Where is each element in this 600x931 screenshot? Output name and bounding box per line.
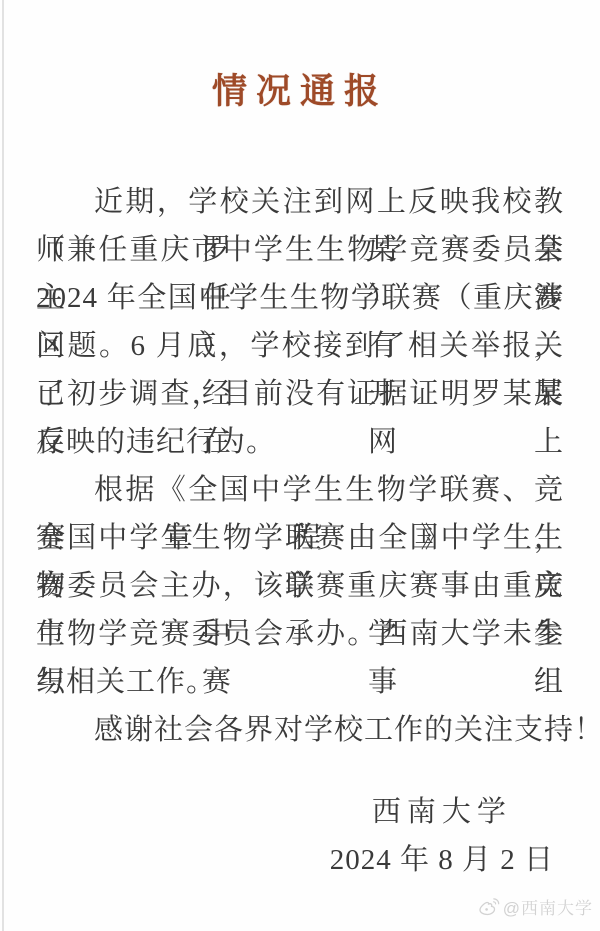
- body-line: 赛委员会主办，该联赛重庆赛事由重庆市中学生: [36, 562, 564, 610]
- notice-document: 情况通报 近期，学校关注到网上反映我校教师罗某某 （兼任重庆市中学生生物学竞赛委…: [0, 0, 600, 931]
- notice-date: 2024 年 8 月 2 日: [330, 836, 554, 884]
- notice-title: 情况通报: [0, 70, 600, 114]
- watermark-text: @西南大学: [503, 894, 593, 919]
- body-line: 2024 年全国中学生生物学联赛（重庆赛区）有关: [36, 274, 564, 322]
- notice-closing: 西南大学 2024 年 8 月 2 日: [0, 788, 554, 884]
- body-line: （兼任重庆市中学生生物学竞赛委员会主任）涉: [36, 226, 564, 274]
- body-line: 全国中学生生物学联赛由全国中学生生物学竞: [36, 514, 564, 562]
- signature: 西南大学: [330, 788, 554, 836]
- body-line: 根据《全国中学生生物学联赛、竞赛章程》，: [36, 466, 564, 514]
- notice-body: 近期，学校关注到网上反映我校教师罗某某 （兼任重庆市中学生生物学竞赛委员会主任）…: [0, 178, 600, 754]
- body-line: 近期，学校关注到网上反映我校教师罗某某: [36, 178, 564, 226]
- body-line: 了初步调查，目前没有证据证明罗某某存在网上: [36, 370, 564, 418]
- body-line: 问题。6 月底，学校接到了相关举报，已经开展: [36, 322, 564, 370]
- body-line: 生物学竞赛委员会承办。西南大学未参与赛事组: [36, 610, 564, 658]
- weibo-watermark: @西南大学: [478, 894, 593, 919]
- body-line: 感谢社会各界对学校工作的关注支持！: [36, 706, 564, 754]
- weibo-logo-icon: [478, 898, 500, 916]
